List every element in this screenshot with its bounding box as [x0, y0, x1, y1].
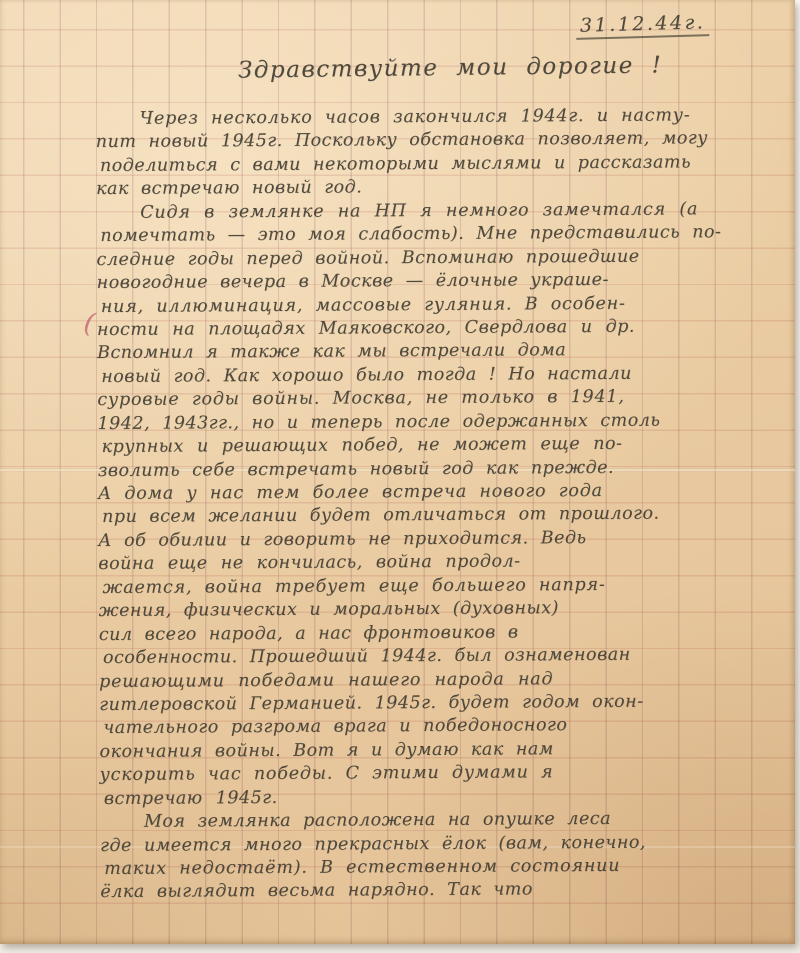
- photo-background: 31.12.44г. Здравствуйте мои дорогие ! ( …: [0, 0, 800, 953]
- letter-greeting: Здравствуйте мои дорогие !: [238, 52, 663, 83]
- letter-page: 31.12.44г. Здравствуйте мои дорогие ! ( …: [0, 0, 795, 944]
- letter-body: Через несколько часов закончился 1944г. …: [96, 104, 769, 905]
- letter-line: поделиться с вами некоторыми мыслями и р…: [100, 151, 764, 178]
- letter-line: ёлка выглядит весьма нарядно. Так что: [100, 877, 768, 905]
- letter-date: 31.12.44г.: [575, 11, 709, 40]
- letter-line: помечтать — это моя слабость). Мне предс…: [100, 221, 764, 248]
